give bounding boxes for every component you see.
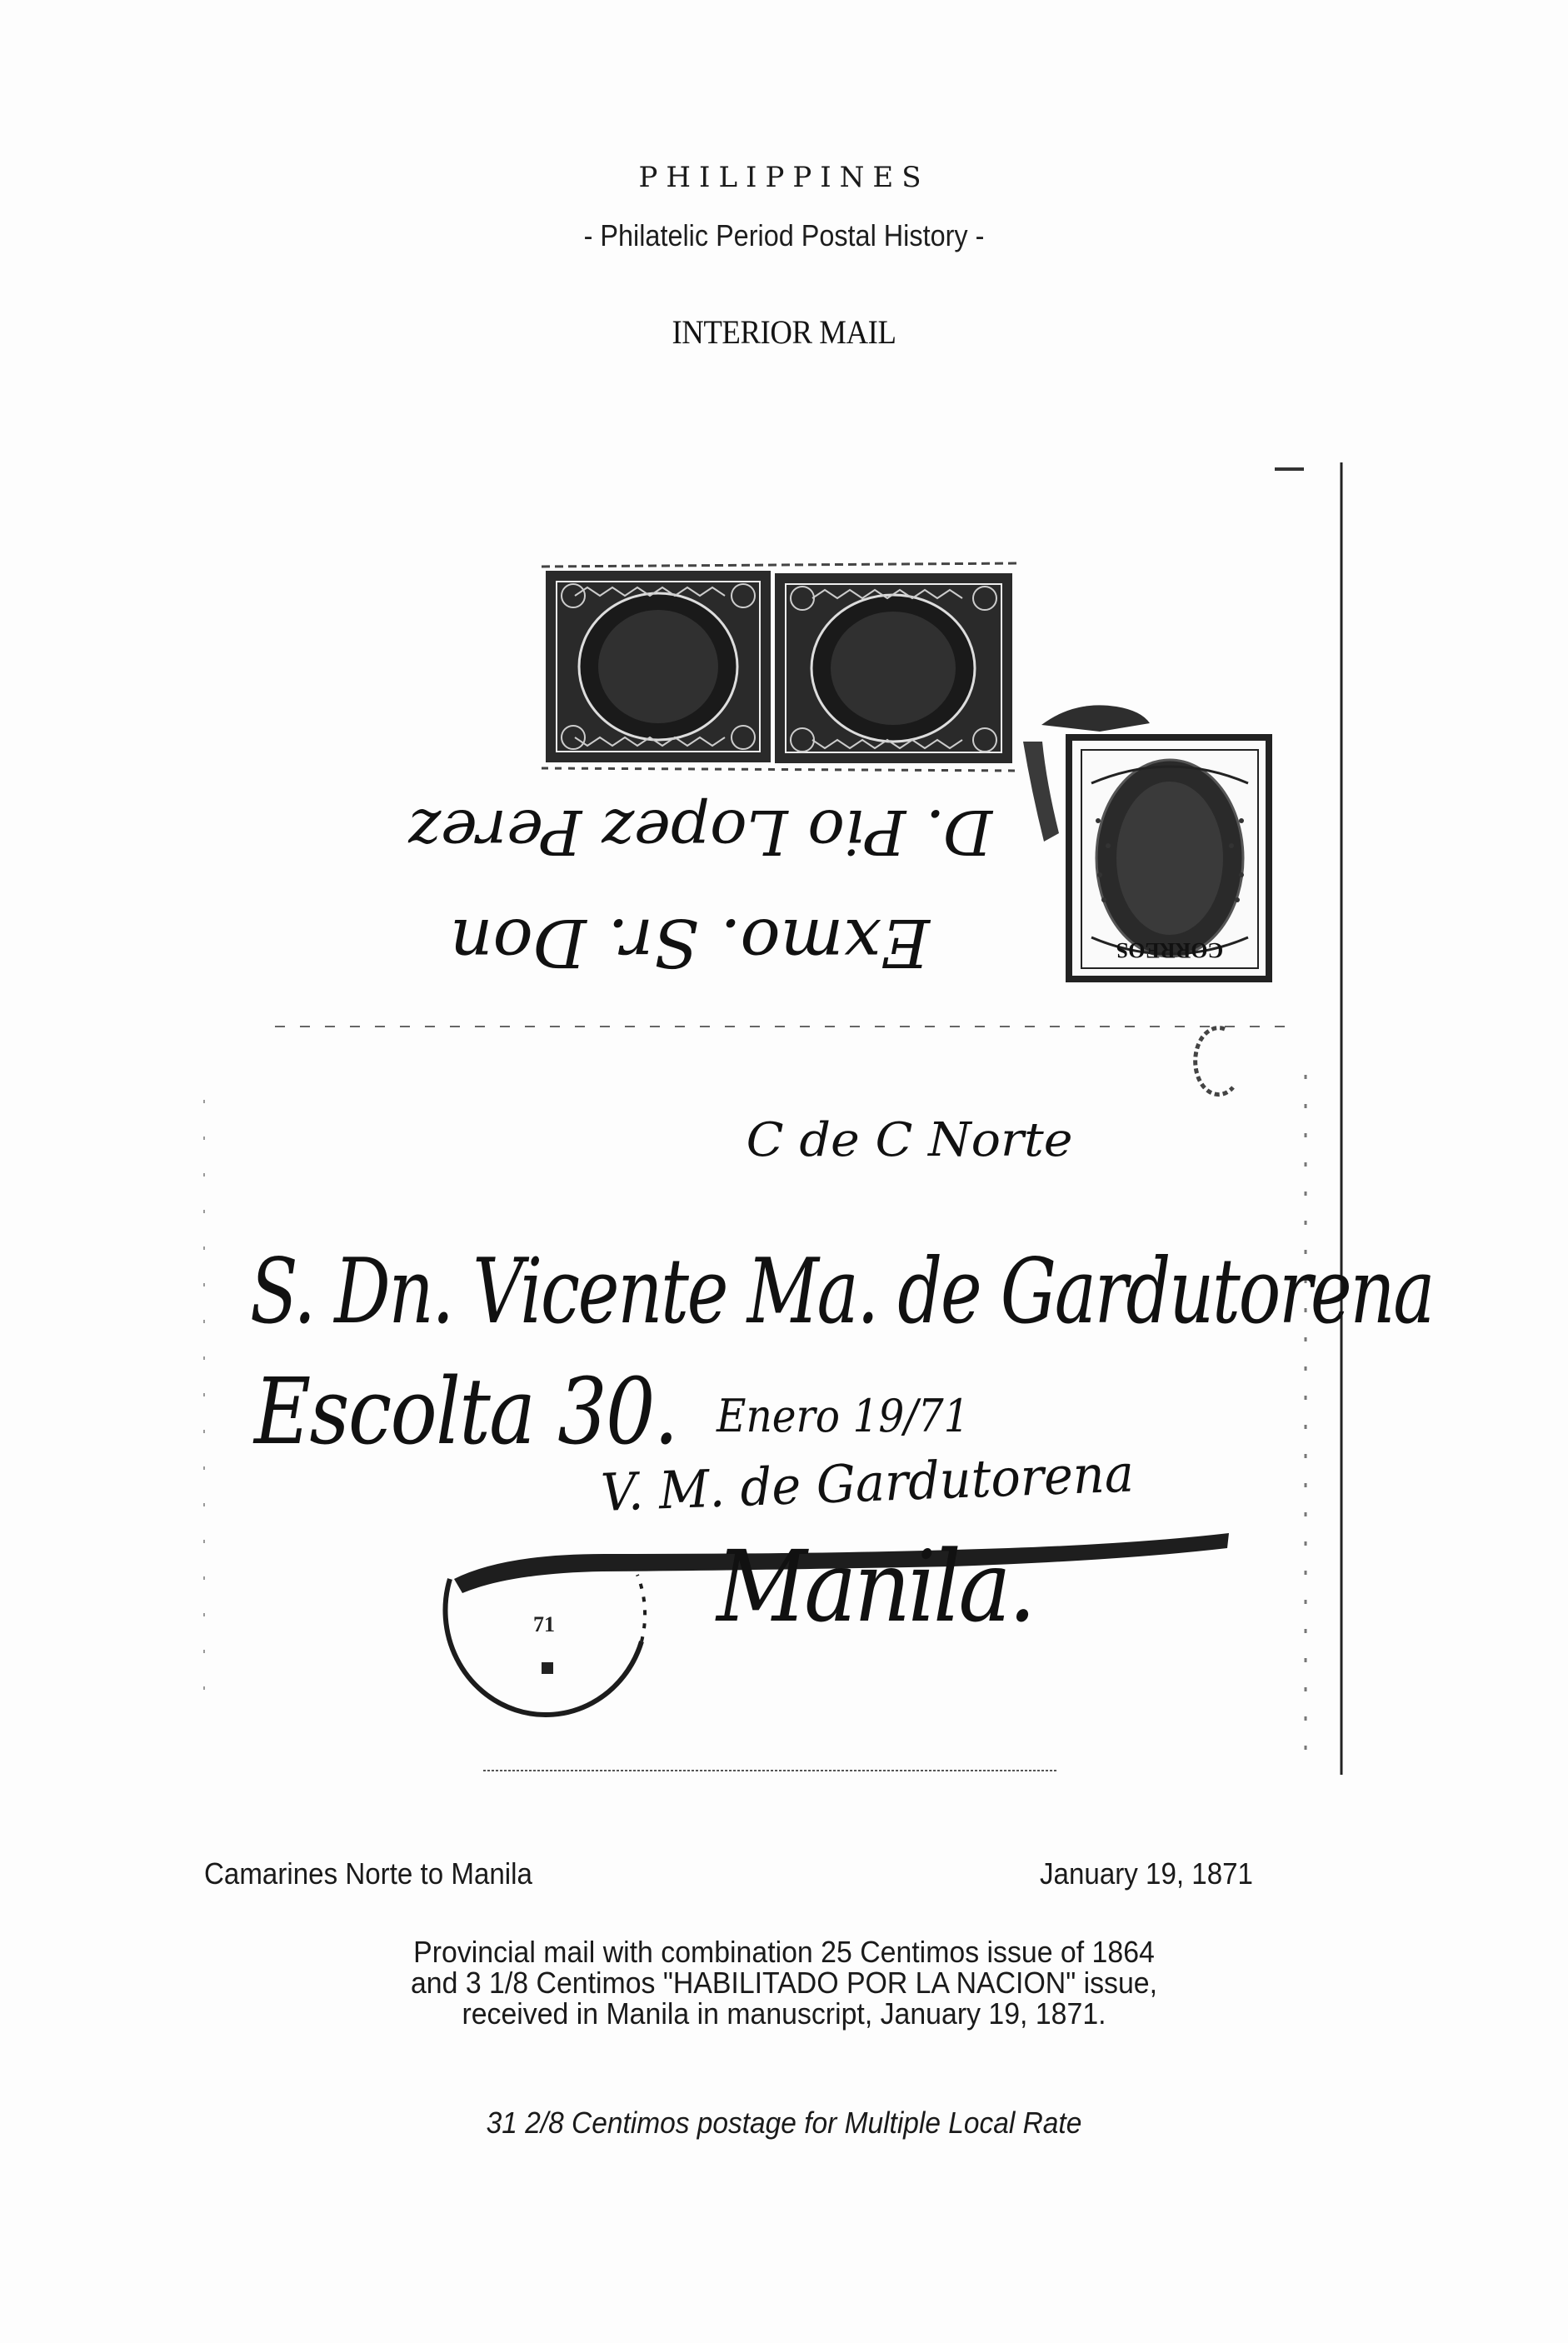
postmark-year: 71 — [533, 1612, 555, 1637]
stamp-pair — [542, 563, 1021, 771]
address-city: Manila. — [717, 1529, 1033, 1644]
stamp-single: CORREOS — [1023, 705, 1269, 979]
description-line: and 3 1/8 Centimos "HABILITADO POR LA NA… — [47, 1967, 1521, 1998]
svg-text:CORREOS: CORREOS — [1116, 938, 1224, 962]
description-line: received in Manila in manuscript, Januar… — [47, 1998, 1521, 2029]
caption-rate-note: 31 2/8 Centimos postage for Multiple Loc… — [55, 2106, 1513, 2141]
caption-route: Camarines Norte to Manila — [204, 1856, 532, 1891]
receipt-date-note: Enero 19/71 — [717, 1390, 970, 1442]
caption-description: Provincial mail with combination 25 Cent… — [47, 1936, 1521, 2029]
description-line: Provincial mail with combination 25 Cent… — [47, 1936, 1521, 1967]
address-line-2: Escolta 30. — [254, 1358, 677, 1465]
caption-date: January 19, 1871 — [1040, 1856, 1253, 1891]
inverted-handwriting-line-2: Exmo. Sr. Don — [450, 904, 930, 982]
postmark — [445, 1575, 645, 1715]
inverted-handwriting-line-1: D. Pio Lopez Perez — [408, 796, 992, 867]
address-line-1: S. Dn. Vicente Ma. de Gardutorena — [250, 1240, 1433, 1344]
origin-handwriting: C de C Norte — [747, 1113, 1073, 1167]
